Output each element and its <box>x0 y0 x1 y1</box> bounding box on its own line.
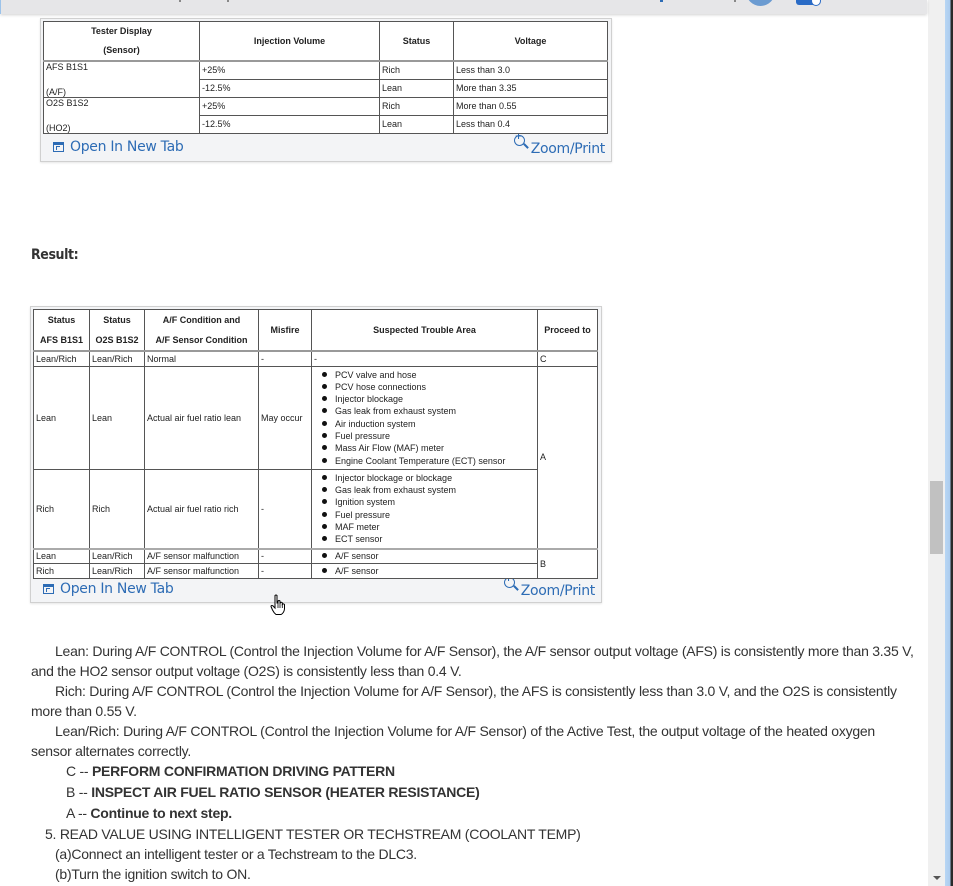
result-step-a: A -- Continue to next step. <box>31 803 916 824</box>
cell-misfire: - <box>259 549 312 564</box>
cell-afs: Rich <box>34 564 90 579</box>
cell-sensor: O2S B1S2 <box>44 97 200 115</box>
column-header-injection-volume: Injection Volume <box>200 22 380 62</box>
cell-misfire: - <box>259 564 312 579</box>
cell-trouble-area: A/F sensor <box>312 564 538 579</box>
column-header-status: Status <box>380 22 454 62</box>
trouble-item: Injector blockage or blockage <box>322 472 535 484</box>
cell-o2s: Lean/Rich <box>90 564 145 579</box>
table-header-row: Tester Display(Sensor) Injection Volume … <box>44 22 608 62</box>
cell-afs: Rich <box>34 469 90 548</box>
trouble-item: Gas leak from exhaust system <box>322 405 535 417</box>
rich-description: Rich: During A/F CONTROL (Control the In… <box>31 681 916 721</box>
cell-sensor: (A/F) <box>44 79 200 97</box>
header-text-fragment <box>227 0 229 2</box>
scrollbar-thumb[interactable] <box>930 481 943 554</box>
step-b-link[interactable]: INSPECT AIR FUEL RATIO SENSOR (HEATER RE… <box>91 784 479 800</box>
open-in-new-tab-label: Open In New Tab <box>70 139 183 155</box>
cell-misfire: May occur <box>259 366 312 469</box>
cell-misfire: - <box>259 469 312 548</box>
zoom-in-icon <box>514 135 525 146</box>
step-5-heading: 5. READ VALUE USING INTELLIGENT TESTER O… <box>31 824 916 844</box>
column-header-suspected-trouble-area: Suspected Trouble Area <box>312 310 538 352</box>
cell-injection: -12.5% <box>200 79 380 97</box>
header-separator <box>734 0 736 2</box>
cell-proceed: A <box>538 366 598 549</box>
zoom-print-link[interactable]: Zoom/Print <box>514 135 605 153</box>
window-edge <box>945 0 953 886</box>
trouble-item: A/F sensor <box>322 565 535 577</box>
trouble-item: Fuel pressure <box>322 509 535 521</box>
cell-status: Lean <box>380 79 454 97</box>
table-row: (A/F) -12.5% Lean More than 3.35 <box>44 79 608 97</box>
header-accent <box>0 0 1 14</box>
cell-trouble-area: A/F sensor <box>312 549 538 564</box>
cell-sensor: (HO2) <box>44 115 200 133</box>
procedure-text: Lean: During A/F CONTROL (Control the In… <box>31 641 916 884</box>
column-header-proceed-to: Proceed to <box>538 310 598 352</box>
column-header-misfire: Misfire <box>259 310 312 352</box>
open-in-new-tab-link[interactable]: Open In New Tab <box>43 581 173 597</box>
column-header-af-condition: A/F Condition andA/F Sensor Condition <box>145 310 259 352</box>
cell-status: Rich <box>380 61 454 79</box>
result-table: StatusAFS B1S1 StatusO2S B1S2 A/F Condit… <box>33 309 598 579</box>
column-header-tester-display: Tester Display(Sensor) <box>44 22 200 62</box>
cell-afs: Lean <box>34 366 90 469</box>
cell-voltage: More than 0.55 <box>454 97 608 115</box>
notification-icon[interactable] <box>796 0 818 5</box>
figure-actions: Open In New Tab Zoom/Print <box>31 577 601 603</box>
column-header-voltage: Voltage <box>454 22 608 62</box>
cell-injection: -12.5% <box>200 115 380 133</box>
result-step-c: C -- PERFORM CONFIRMATION DRIVING PATTER… <box>31 761 916 782</box>
result-step-b: B -- INSPECT AIR FUEL RATIO SENSOR (HEAT… <box>31 782 916 803</box>
cell-condition: Normal <box>145 351 259 366</box>
cell-afs: Lean/Rich <box>34 351 90 366</box>
app-header <box>0 0 927 14</box>
column-header-status-o2s: StatusO2S B1S2 <box>90 310 145 352</box>
trouble-item: MAF meter <box>322 521 535 533</box>
table-row: Rich Rich Actual air fuel ratio rich - I… <box>34 469 598 548</box>
table-header-row: StatusAFS B1S1 StatusO2S B1S2 A/F Condit… <box>34 310 598 352</box>
step-c-link[interactable]: PERFORM CONFIRMATION DRIVING PATTERN <box>92 763 395 779</box>
cell-condition: Actual air fuel ratio rich <box>145 469 259 548</box>
cell-o2s: Lean <box>90 366 145 469</box>
open-in-new-tab-link[interactable]: Open In New Tab <box>53 139 183 155</box>
trouble-list: Injector blockage or blockageGas leak fr… <box>314 470 535 548</box>
open-new-tab-icon <box>43 584 54 594</box>
substep-a: (a)Connect an intelligent tester or a Te… <box>31 844 916 864</box>
cell-misfire: - <box>259 351 312 366</box>
trouble-list: PCV valve and hosePCV hose connectionsIn… <box>314 367 535 469</box>
vertical-scrollbar[interactable] <box>928 0 945 886</box>
cell-trouble-area: Injector blockage or blockageGas leak fr… <box>312 469 538 548</box>
trouble-item: PCV valve and hose <box>322 369 535 381</box>
zoom-print-label: Zoom/Print <box>531 141 605 157</box>
trouble-item: Mass Air Flow (MAF) meter <box>322 442 535 454</box>
table-row: AFS B1S1 +25% Rich Less than 3.0 <box>44 61 608 79</box>
table-row: Rich Lean/Rich A/F sensor malfunction - … <box>34 564 598 579</box>
trouble-item: A/F sensor <box>322 550 535 562</box>
zoom-print-link[interactable]: Zoom/Print <box>504 577 595 595</box>
result-heading: Result: <box>31 247 78 263</box>
cell-o2s: Rich <box>90 469 145 548</box>
trouble-item: ECT sensor <box>322 533 535 545</box>
trouble-item: PCV hose connections <box>322 381 535 393</box>
lean-description: Lean: During A/F CONTROL (Control the In… <box>31 641 916 681</box>
lean-rich-description: Lean/Rich: During A/F CONTROL (Control t… <box>31 721 916 761</box>
cell-afs: Lean <box>34 549 90 564</box>
tester-display-table: Tester Display(Sensor) Injection Volume … <box>43 21 608 134</box>
header-text-fragment <box>179 0 181 2</box>
user-avatar[interactable] <box>746 0 775 6</box>
scroll-down-arrow-icon[interactable] <box>933 876 941 880</box>
trouble-item: Fuel pressure <box>322 430 535 442</box>
cell-condition: A/F sensor malfunction <box>145 549 259 564</box>
zoom-print-label: Zoom/Print <box>521 583 595 599</box>
cell-trouble-area: - <box>312 351 538 366</box>
cell-o2s: Lean/Rich <box>90 549 145 564</box>
open-in-new-tab-label: Open In New Tab <box>60 581 173 597</box>
cell-voltage: Less than 0.4 <box>454 115 608 133</box>
cell-o2s: Lean/Rich <box>90 351 145 366</box>
search-icon[interactable] <box>660 0 663 2</box>
cell-condition: Actual air fuel ratio lean <box>145 366 259 469</box>
column-header-status-afs: StatusAFS B1S1 <box>34 310 90 352</box>
open-new-tab-icon <box>53 142 64 152</box>
trouble-item: Engine Coolant Temperature (ECT) sensor <box>322 455 535 467</box>
trouble-item: Injector blockage <box>322 393 535 405</box>
table-row: O2S B1S2 +25% Rich More than 0.55 <box>44 97 608 115</box>
cell-injection: +25% <box>200 97 380 115</box>
table-row: Lean Lean Actual air fuel ratio lean May… <box>34 366 598 469</box>
cell-proceed: B <box>538 549 598 579</box>
step-a-link[interactable]: Continue to next step. <box>90 805 232 821</box>
trouble-item: Air induction system <box>322 418 535 430</box>
cell-voltage: More than 3.35 <box>454 79 608 97</box>
cell-trouble-area: PCV valve and hosePCV hose connectionsIn… <box>312 366 538 469</box>
trouble-item: Gas leak from exhaust system <box>322 484 535 496</box>
cell-status: Lean <box>380 115 454 133</box>
table-row: (HO2) -12.5% Lean Less than 0.4 <box>44 115 608 133</box>
trouble-list: A/F sensor <box>314 565 535 577</box>
table-row: Lean Lean/Rich A/F sensor malfunction - … <box>34 549 598 564</box>
table-row: Lean/Rich Lean/Rich Normal - - C <box>34 351 598 366</box>
cell-proceed: C <box>538 351 598 366</box>
substep-b: (b)Turn the ignition switch to ON. <box>31 864 916 884</box>
hand-cursor-icon <box>270 594 286 616</box>
cell-condition: A/F sensor malfunction <box>145 564 259 579</box>
trouble-list: A/F sensor <box>314 550 535 562</box>
trouble-item: Ignition system <box>322 496 535 508</box>
cell-status: Rich <box>380 97 454 115</box>
cell-sensor: AFS B1S1 <box>44 61 200 79</box>
cell-voltage: Less than 3.0 <box>454 61 608 79</box>
cell-injection: +25% <box>200 61 380 79</box>
figure-actions: Open In New Tab Zoom/Print <box>41 135 611 161</box>
